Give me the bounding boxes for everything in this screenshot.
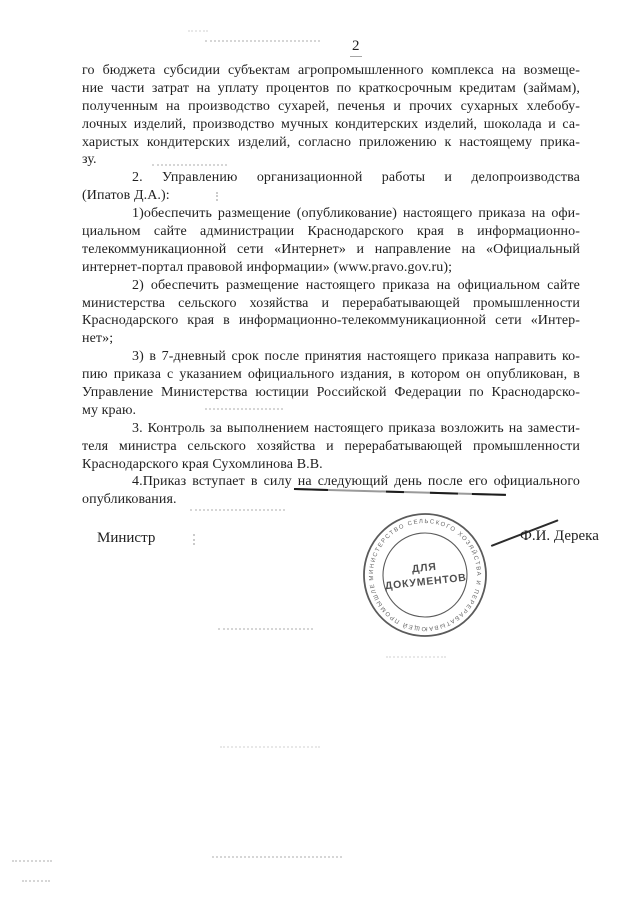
document-line: интернет-портал правовой информации» (ww…: [82, 259, 580, 277]
document-line: лочных изделий, производство мучных конд…: [82, 116, 580, 134]
signer-title: Министр: [97, 530, 155, 547]
scan-artifact: [193, 534, 195, 545]
scan-artifact: [152, 164, 227, 166]
scan-artifact: [12, 860, 52, 862]
document-line: ние части затрат на уплату процентов по …: [82, 80, 580, 98]
scanned-document-page: 2 го бюджета субсидии субъектам агропром…: [0, 0, 640, 905]
document-line: харистых кондитерских изделий, согласно …: [82, 134, 580, 152]
document-line: полученным на производство сухарей, пече…: [82, 98, 580, 116]
document-line: циальном сайте администрации Краснодарск…: [82, 223, 580, 241]
document-line: нет»;: [82, 330, 580, 348]
scan-artifact: [212, 856, 342, 858]
document-line: 2) обеспечить размещение настоящего прик…: [82, 277, 580, 295]
stamp-center-line1: ДЛЯ: [411, 561, 437, 576]
document-line: 2. Управлению организационной работы и д…: [82, 169, 580, 187]
signer-name: Ф.И. Дерека: [520, 528, 599, 545]
scan-artifact: [216, 192, 218, 201]
document-line: пию приказа с указанием официального изд…: [82, 366, 580, 384]
document-line: министерства сельского хозяйства и перер…: [82, 295, 580, 313]
document-body: го бюджета субсидии субъектам агропромыш…: [82, 62, 580, 509]
page-number: 2: [350, 38, 362, 57]
document-line: Краснодарского края в информационно-теле…: [82, 312, 580, 330]
document-line: го бюджета субсидии субъектам агропромыш…: [82, 62, 580, 80]
document-line: 1)обеспечить размещение (опубликование) …: [82, 205, 580, 223]
scan-artifact: [22, 880, 50, 882]
round-stamp: МИНИСТЕРСТВО СЕЛЬСКОГО ХОЗЯЙСТВА И ПЕРЕР…: [354, 504, 497, 647]
scan-artifact: [205, 40, 320, 42]
document-line: (Ипатов Д.А.):: [82, 187, 580, 205]
scan-artifact: [220, 746, 320, 748]
document-line: 3. Контроль за выполнением настоящего пр…: [82, 420, 580, 438]
scan-artifact: [188, 30, 208, 32]
document-line: 3) в 7-дневный срок после принятия насто…: [82, 348, 580, 366]
document-line: Краснодарского края Сухомлинова В.В.: [82, 456, 580, 474]
document-line: зу.: [82, 151, 580, 169]
document-line: Управление Министерства юстиции Российск…: [82, 384, 580, 402]
stamp-center-line2: ДОКУМЕНТОВ: [384, 572, 467, 593]
document-line: телекоммуникационной сети «Интернет» и н…: [82, 241, 580, 259]
scan-artifact: [190, 509, 285, 511]
document-line: теля министра сельского хозяйства и пере…: [82, 438, 580, 456]
document-line: му краю.: [82, 402, 580, 420]
scan-artifact: [205, 408, 283, 410]
stamp-seal-icon: МИНИСТЕРСТВО СЕЛЬСКОГО ХОЗЯЙСТВА И ПЕРЕР…: [354, 504, 497, 647]
scan-artifact: [386, 656, 446, 658]
scan-artifact: [218, 628, 313, 630]
